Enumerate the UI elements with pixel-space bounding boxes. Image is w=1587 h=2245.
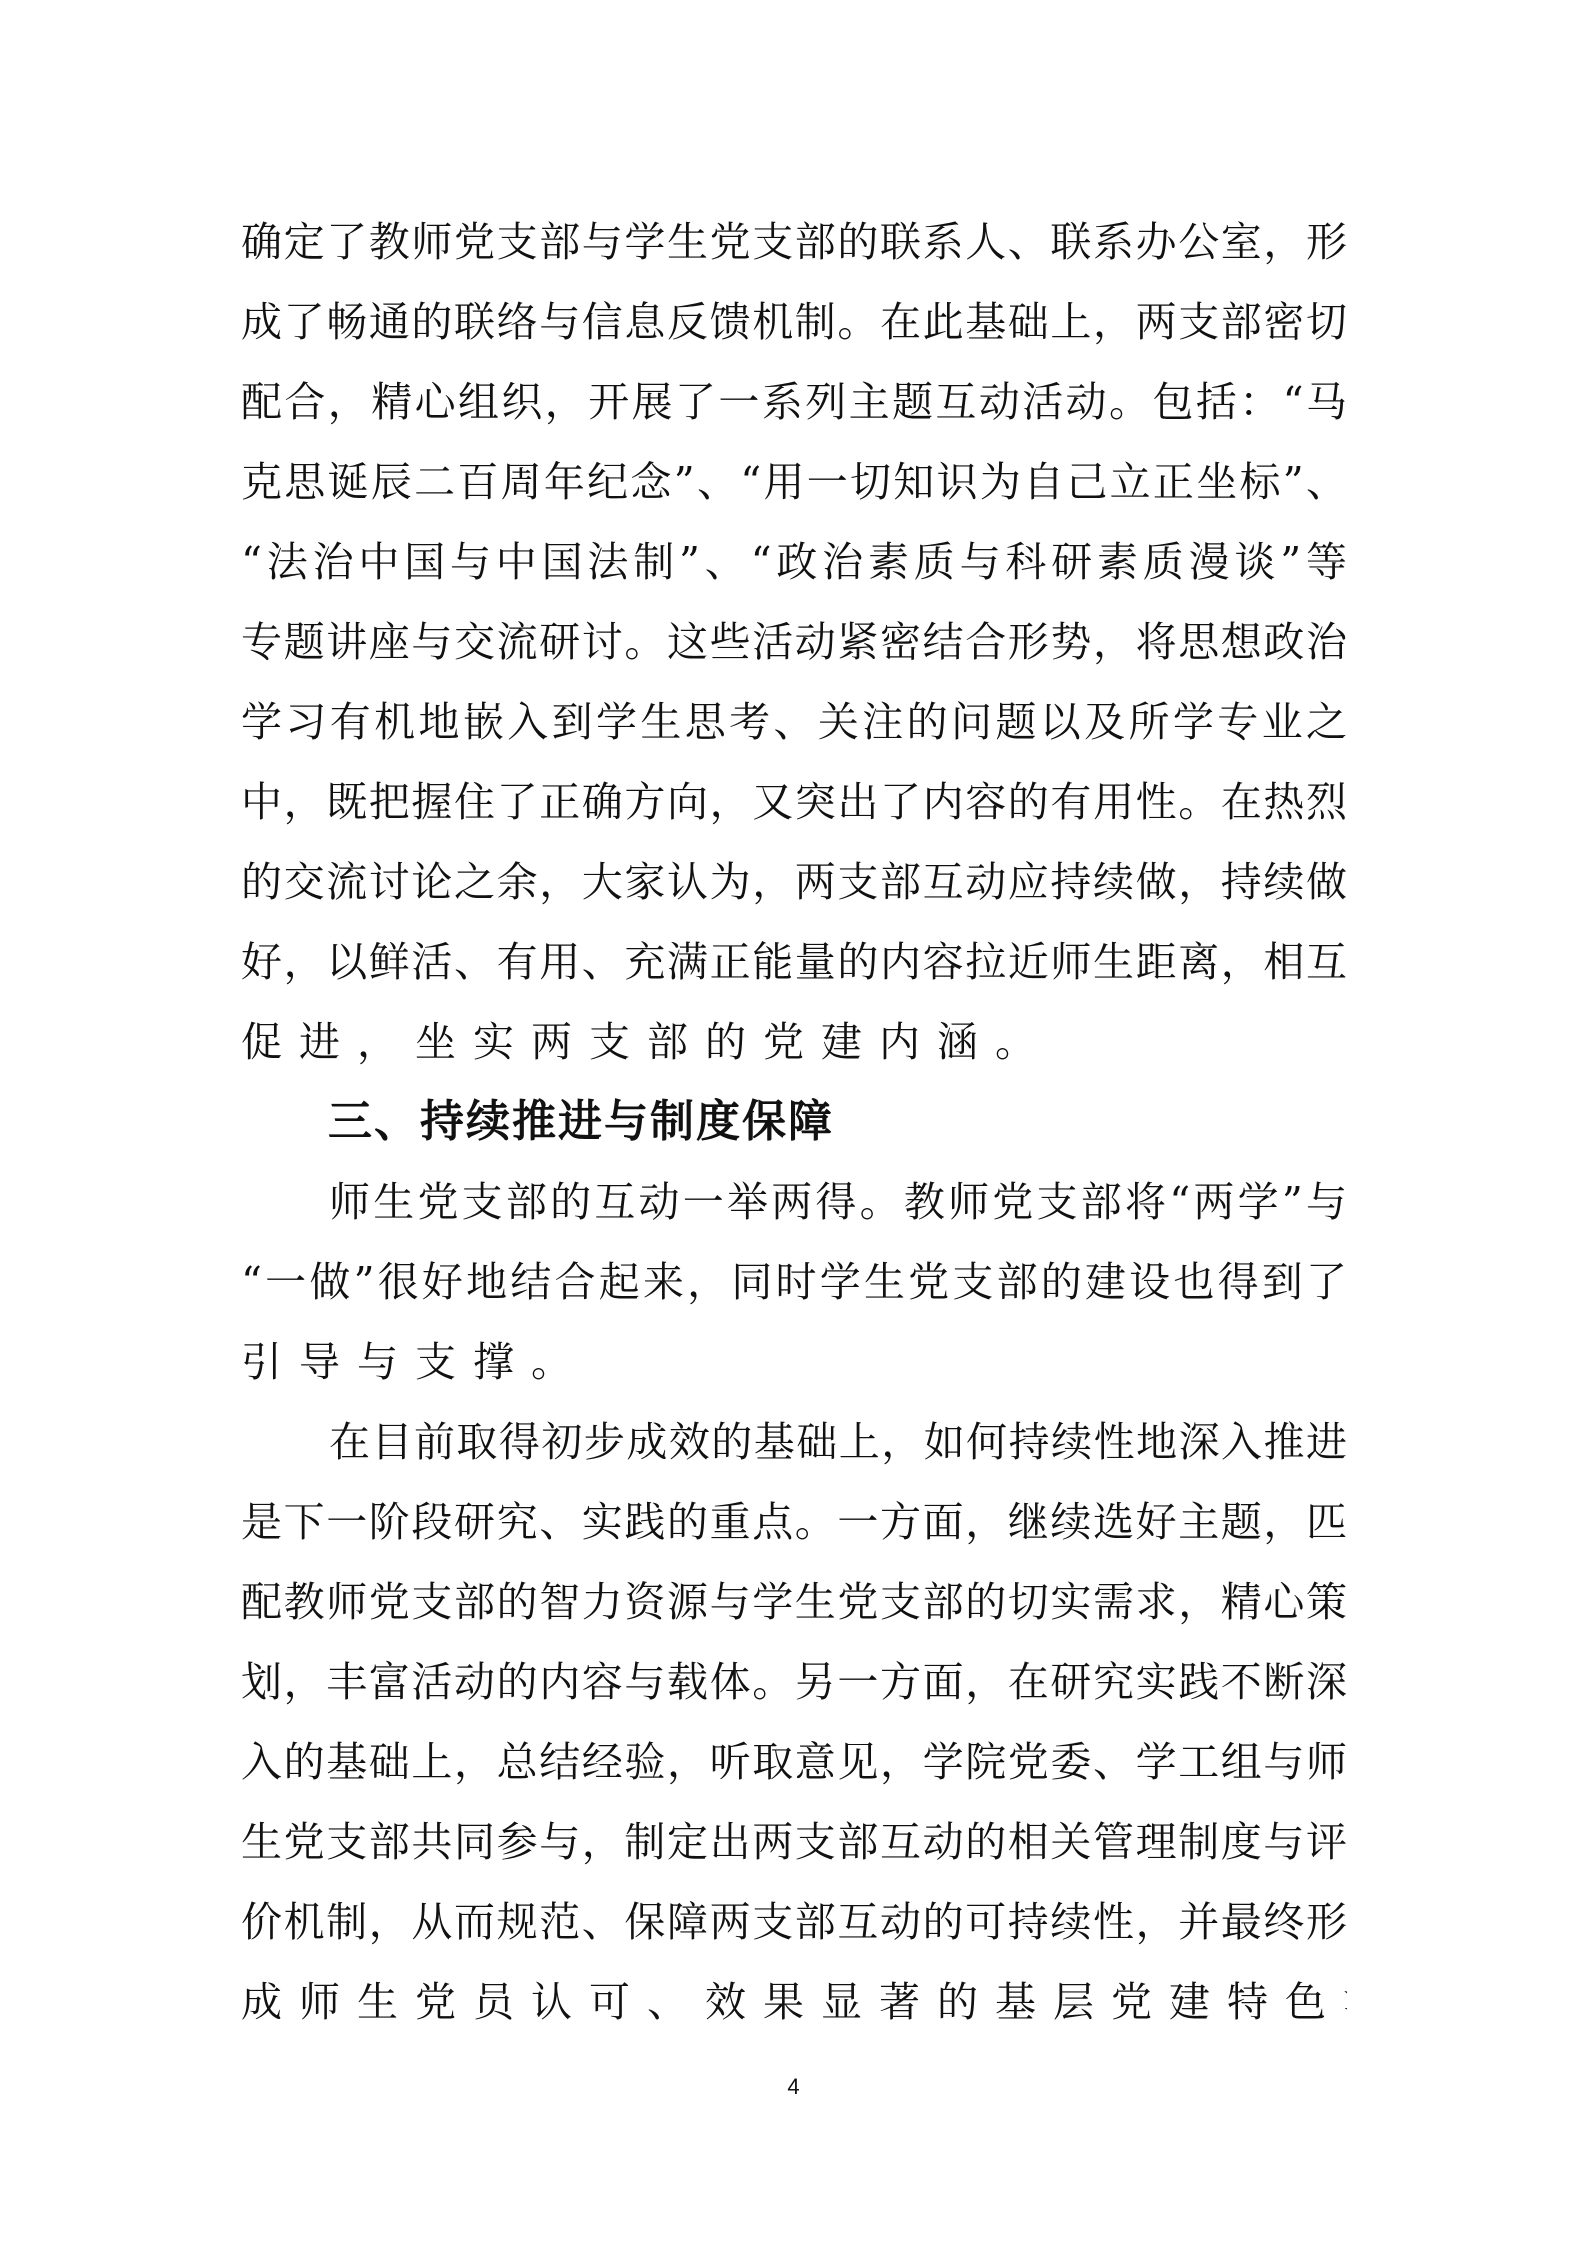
paragraph-line: 成了畅通的联络与信息反馈机制。在此基础上，两支部密切 [241, 282, 1347, 362]
paragraph-line: “法治中国与中国法制”、“政治素质与科研素质漫谈”等 [241, 522, 1347, 602]
paragraph-line: 中，既把握住了正确方向，又突出了内容的有用性。在热烈 [241, 762, 1347, 842]
section-heading: 三、持续推进与制度保障 [241, 1082, 1347, 1162]
paragraph-line: 专题讲座与交流研讨。这些活动紧密结合形势，将思想政治 [241, 602, 1347, 682]
paragraph-line: 生党支部共同参与，制定出两支部互动的相关管理制度与评 [241, 1802, 1347, 1882]
paragraph-line: 在目前取得初步成效的基础上，如何持续性地深入推进 [241, 1402, 1347, 1482]
paragraph-line: 成师生党员认可、效果显著的基层党建特色活动模式。 [241, 1962, 1347, 2042]
paragraph-line: 划，丰富活动的内容与载体。另一方面，在研究实践不断深 [241, 1642, 1347, 1722]
paragraph-line: 配合，精心组织，开展了一系列主题互动活动。包括：“马 [241, 362, 1347, 442]
paragraph-line: 是下一阶段研究、实践的重点。一方面，继续选好主题，匹 [241, 1482, 1347, 1562]
document-body: 确定了教师党支部与学生党支部的联系人、联系办公室，形 成了畅通的联络与信息反馈机… [241, 202, 1347, 2042]
paragraph-line: 配教师党支部的智力资源与学生党支部的切实需求，精心策 [241, 1562, 1347, 1642]
paragraph-line: 入的基础上，总结经验，听取意见，学院党委、学工组与师 [241, 1722, 1347, 1802]
paragraph-line: 促进，坐实两支部的党建内涵。 [241, 1002, 1347, 1082]
paragraph-line: 价机制，从而规范、保障两支部互动的可持续性，并最终形 [241, 1882, 1347, 1962]
paragraph-2: 师生党支部的互动一举两得。教师党支部将“两学”与 “一做”很好地结合起来，同时学… [241, 1162, 1347, 1402]
paragraph-line: 学习有机地嵌入到学生思考、关注的问题以及所学专业之 [241, 682, 1347, 762]
paragraph-line: “一做”很好地结合起来，同时学生党支部的建设也得到了 [241, 1242, 1347, 1322]
paragraph-line: 好，以鲜活、有用、充满正能量的内容拉近师生距离，相互 [241, 922, 1347, 1002]
paragraph-line: 确定了教师党支部与学生党支部的联系人、联系办公室，形 [241, 202, 1347, 282]
document-page: 确定了教师党支部与学生党支部的联系人、联系办公室，形 成了畅通的联络与信息反馈机… [0, 0, 1587, 2245]
paragraph-3: 在目前取得初步成效的基础上，如何持续性地深入推进 是下一阶段研究、实践的重点。一… [241, 1402, 1347, 2042]
paragraph-line: 的交流讨论之余，大家认为，两支部互动应持续做，持续做 [241, 842, 1347, 922]
paragraph-line: 克思诞辰二百周年纪念”、“用一切知识为自己立正坐标”、 [241, 442, 1347, 522]
page-number: 4 [0, 2074, 1587, 2100]
paragraph-line: 师生党支部的互动一举两得。教师党支部将“两学”与 [241, 1162, 1347, 1242]
paragraph-1: 确定了教师党支部与学生党支部的联系人、联系办公室，形 成了畅通的联络与信息反馈机… [241, 202, 1347, 1082]
paragraph-line: 引导与支撑。 [241, 1322, 1347, 1402]
